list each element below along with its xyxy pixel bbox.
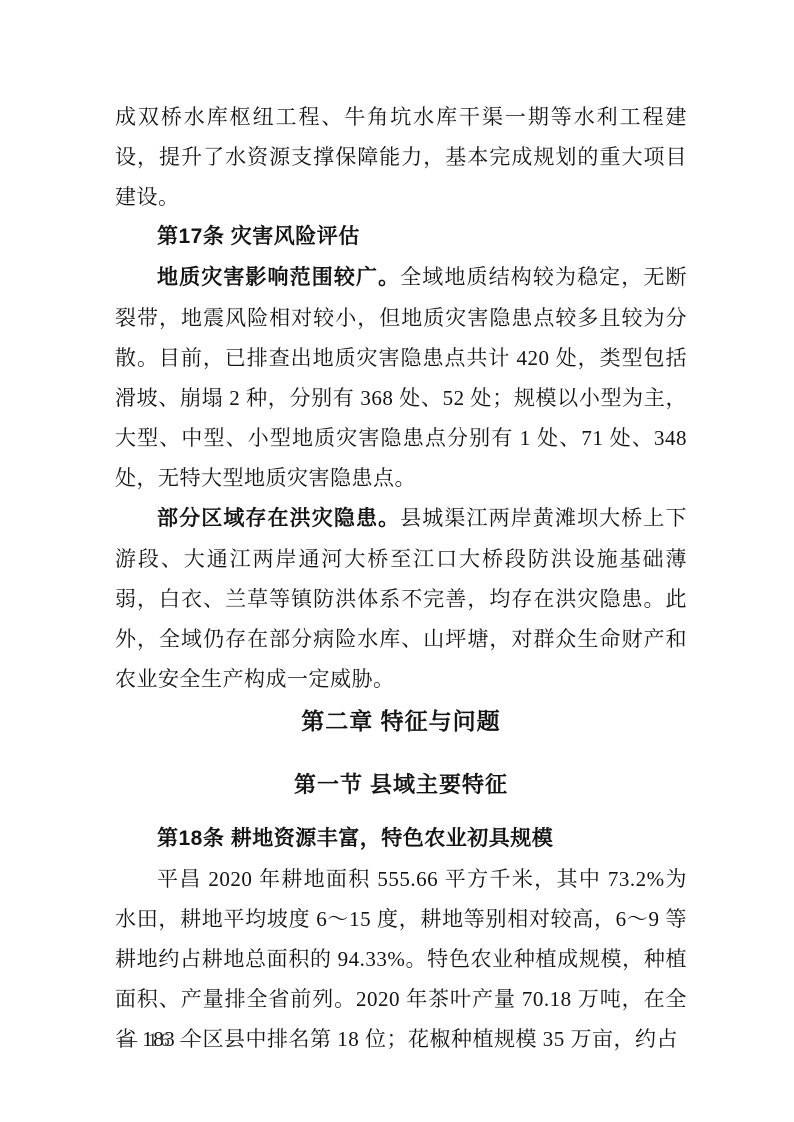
page-content: 成双桥水库枢纽工程、牛角坑水库干渠一期等水利工程建设，提升了水资源支撑保障能力，… xyxy=(115,97,687,1059)
article-17-heading: 第17条 灾害风险评估 xyxy=(115,217,687,257)
paragraph-geohazard-text: 全域地质结构较为稳定，无断裂带，地震风险相对较小，但地质灾害隐患点较多且较为分散… xyxy=(115,265,687,490)
paragraph-continuation: 成双桥水库枢纽工程、牛角坑水库干渠一期等水利工程建设，提升了水资源支撑保障能力，… xyxy=(115,97,687,217)
paragraph-geohazard-lead: 地质灾害影响范围较广。 xyxy=(157,266,400,289)
paragraph-geohazard: 地质灾害影响范围较广。全域地质结构较为稳定，无断裂带，地震风险相对较小，但地质灾… xyxy=(115,257,687,498)
page-number: — 16 — xyxy=(118,1028,203,1054)
section-1-heading: 第一节 县域主要特征 xyxy=(115,765,687,805)
paragraph-flood: 部分区域存在洪灾隐患。县城渠江两岸黄滩坝大桥上下游段、大通江两岸通河大桥至江口大… xyxy=(115,498,687,699)
paragraph-flood-text: 县城渠江两岸黄滩坝大桥上下游段、大通江两岸通河大桥至江口大桥段防洪设施基础薄弱，… xyxy=(115,506,687,691)
document-page: 成双桥水库枢纽工程、牛角坑水库干渠一期等水利工程建设，提升了水资源支撑保障能力，… xyxy=(0,0,794,1122)
chapter-2-heading: 第二章 特征与问题 xyxy=(115,701,687,741)
paragraph-flood-lead: 部分区域存在洪灾隐患。 xyxy=(157,507,400,530)
article-18-heading: 第18条 耕地资源丰富，特色农业初具规模 xyxy=(115,819,687,859)
